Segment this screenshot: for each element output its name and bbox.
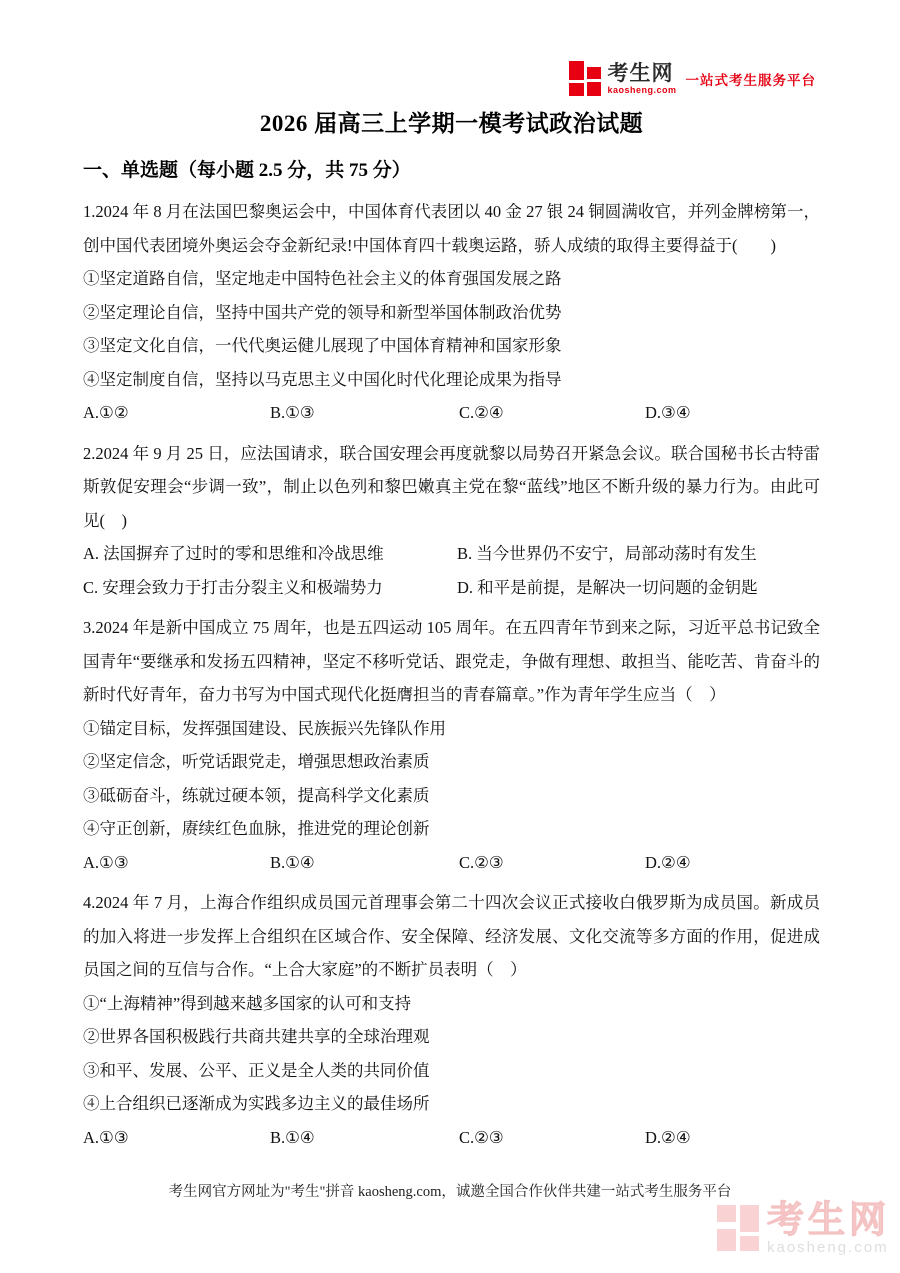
- question-2-stem: 2.2024 年 9 月 25 日，应法国请求，联合国安理会再度就黎以局势召开紧…: [83, 437, 820, 538]
- question-3-options: A.①③ B.①④ C.②③ D.②④: [83, 846, 820, 880]
- question-2-option-d: D. 和平是前提，是解决一切问题的金钥匙: [457, 571, 820, 605]
- question-4-option-c: C.②③: [459, 1121, 645, 1155]
- header-brand-logo: 考生网 kaosheng.com 一站式考生服务平台: [569, 61, 816, 96]
- question-2: 2.2024 年 9 月 25 日，应法国请求，联合国安理会再度就黎以局势召开紧…: [83, 437, 820, 605]
- question-1-options: A.①② B.①③ C.②④ D.③④: [83, 396, 820, 430]
- question-1-option-a: A.①②: [83, 396, 270, 430]
- question-2-option-a: A. 法国摒弃了过时的零和思维和冷战思维: [83, 537, 457, 571]
- question-2-options: A. 法国摒弃了过时的零和思维和冷战思维 B. 当今世界仍不安宁，局部动荡时有发…: [83, 537, 820, 604]
- exam-paper-page: 考生网 kaosheng.com 一站式考生服务平台 2026 届高三上学期一模…: [0, 0, 900, 1273]
- question-4-option-d: D.②④: [645, 1121, 820, 1155]
- question-4-statement-2: ②世界各国积极践行共商共建共享的全球治理观: [83, 1020, 820, 1054]
- question-3-statement-4: ④守正创新，赓续红色血脉，推进党的理论创新: [83, 812, 820, 846]
- question-1-stem: 1.2024 年 8 月在法国巴黎奥运会中，中国体育代表团以 40 金 27 银…: [83, 195, 820, 262]
- question-3-statement-1: ①锚定目标，发挥强国建设、民族振兴先锋队作用: [83, 712, 820, 746]
- question-3-option-a: A.①③: [83, 846, 270, 880]
- question-4-option-b: B.①④: [270, 1121, 459, 1155]
- kaosheng-logo-icon: [569, 61, 601, 96]
- question-1-statement-2: ②坚定理论自信，坚持中国共产党的领导和新型举国体制政治优势: [83, 296, 820, 330]
- question-1-statement-1: ①坚定道路自信，坚定地走中国特色社会主义的体育强国发展之路: [83, 262, 820, 296]
- question-4-statement-4: ④上合组织已逐渐成为实践多边主义的最佳场所: [83, 1087, 820, 1121]
- question-4: 4.2024 年 7 月，上海合作组织成员国元首理事会第二十四次会议正式接收白俄…: [83, 886, 820, 1154]
- question-3-option-b: B.①④: [270, 846, 459, 880]
- brand-name: 考生网: [607, 63, 676, 84]
- question-2-option-c: C. 安理会致力于打击分裂主义和极端势力: [83, 571, 457, 605]
- watermark-brand-name: 考生网: [767, 1201, 890, 1238]
- question-3-option-d: D.②④: [645, 846, 820, 880]
- question-1-statement-3: ③坚定文化自信，一代代奥运健儿展现了中国体育精神和国家形象: [83, 329, 820, 363]
- question-1-statement-4: ④坚定制度自信，坚持以马克思主义中国化时代化理论成果为指导: [83, 363, 820, 397]
- question-1-option-c: C.②④: [459, 396, 645, 430]
- document-content: 2026 届高三上学期一模考试政治试题 一、单选题（每小题 2.5 分，共 75…: [0, 0, 900, 1154]
- question-1: 1.2024 年 8 月在法国巴黎奥运会中，中国体育代表团以 40 金 27 银…: [83, 195, 820, 430]
- section-heading: 一、单选题（每小题 2.5 分，共 75 分）: [83, 157, 820, 184]
- brand-domain: kaosheng.com: [607, 86, 676, 95]
- watermark-brand-domain: kaosheng.com: [767, 1240, 890, 1255]
- question-2-option-b: B. 当今世界仍不安宁，局部动荡时有发生: [457, 537, 820, 571]
- question-3-statement-2: ②坚定信念，听党话跟党走，增强思想政治素质: [83, 745, 820, 779]
- question-3: 3.2024 年是新中国成立 75 周年，也是五四运动 105 周年。在五四青年…: [83, 611, 820, 879]
- page-title: 2026 届高三上学期一模考试政治试题: [83, 108, 820, 140]
- question-4-statement-3: ③和平、发展、公平、正义是全人类的共同价值: [83, 1054, 820, 1088]
- question-4-stem: 4.2024 年 7 月，上海合作组织成员国元首理事会第二十四次会议正式接收白俄…: [83, 886, 820, 987]
- question-4-option-a: A.①③: [83, 1121, 270, 1155]
- watermark-kaosheng-icon: [717, 1205, 759, 1251]
- brand-tagline: 一站式考生服务平台: [686, 69, 817, 89]
- question-4-statement-1: ①“上海精神”得到越来越多国家的认可和支持: [83, 987, 820, 1021]
- question-1-option-d: D.③④: [645, 396, 820, 430]
- question-4-options: A.①③ B.①④ C.②③ D.②④: [83, 1121, 820, 1155]
- question-1-option-b: B.①③: [270, 396, 459, 430]
- watermark-logo: 考生网 kaosheng.com: [717, 1201, 890, 1255]
- question-3-option-c: C.②③: [459, 846, 645, 880]
- footer-note: 考生网官方网址为"考生"拼音 kaosheng.com，诚邀全国合作伙伴共建一站…: [0, 1180, 900, 1201]
- question-3-stem: 3.2024 年是新中国成立 75 周年，也是五四运动 105 周年。在五四青年…: [83, 611, 820, 712]
- question-3-statement-3: ③砥砺奋斗，练就过硬本领，提高科学文化素质: [83, 779, 820, 813]
